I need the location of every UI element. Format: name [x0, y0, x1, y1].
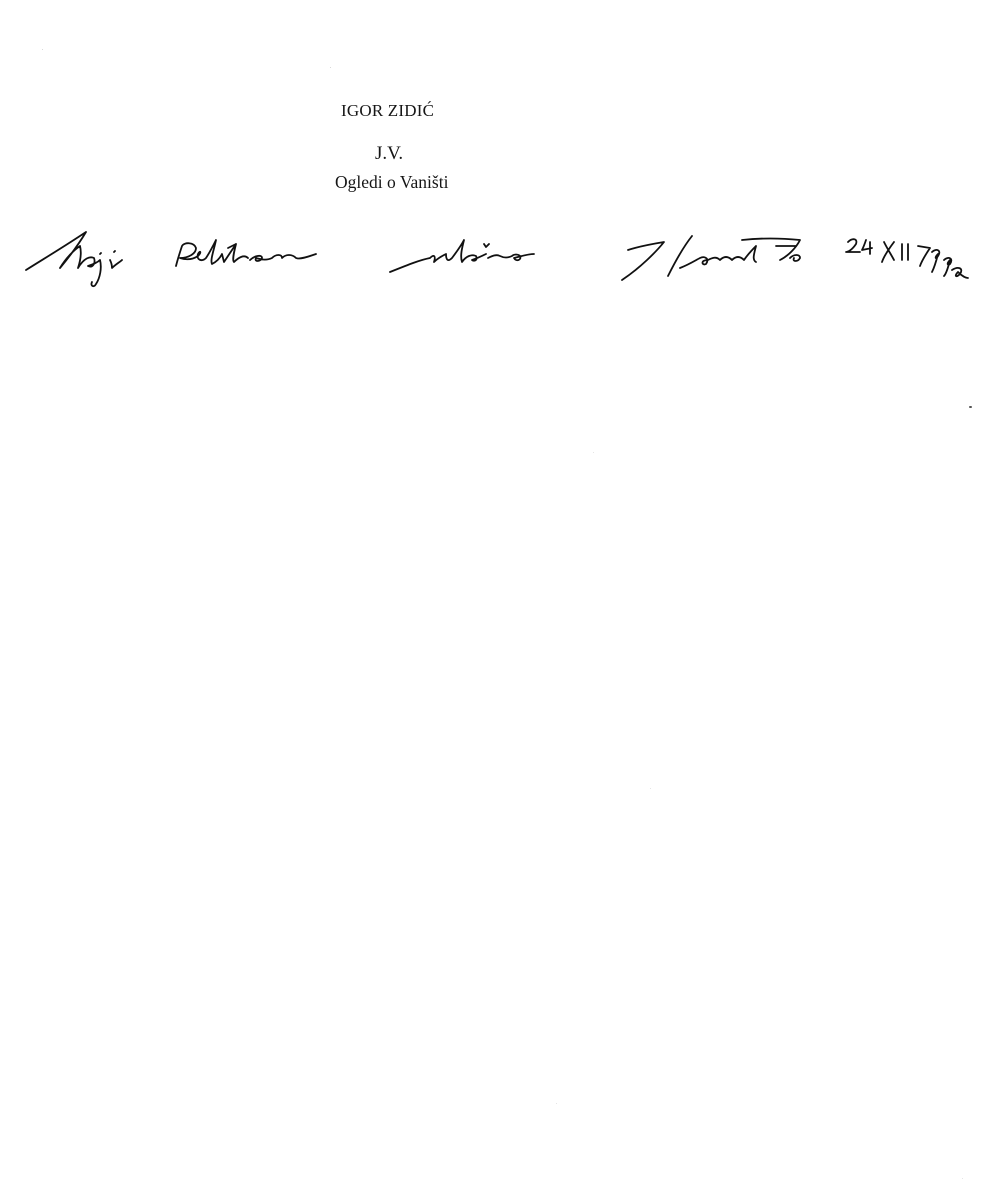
scan-speck: [593, 452, 594, 453]
scan-speck: [556, 1103, 557, 1104]
handwriting-signature: [622, 236, 800, 280]
scan-speck: [962, 1178, 963, 1179]
author-name: IGOR ZIDIĆ: [341, 101, 434, 121]
scan-speck: [42, 49, 43, 50]
handwriting-recipient-last-name: [176, 240, 316, 266]
scan-speck: [650, 788, 651, 789]
book-short-title: J.V.: [375, 143, 403, 165]
handwriting-strokes: [0, 220, 989, 300]
handwritten-dedication: Maji Pelikan srdačno J Vaništa 24 XII 19…: [0, 220, 989, 300]
handwriting-recipient-first-name: [26, 232, 122, 286]
scan-speck: [330, 67, 331, 68]
handwriting-date: [846, 239, 968, 278]
title-page: IGOR ZIDIĆ J.V. Ogledi o Vaništi Maji Pe…: [0, 0, 989, 1200]
book-title: Ogledi o Vaništi: [335, 172, 448, 193]
handwriting-greeting: [390, 240, 534, 272]
scan-speck: [969, 406, 972, 408]
